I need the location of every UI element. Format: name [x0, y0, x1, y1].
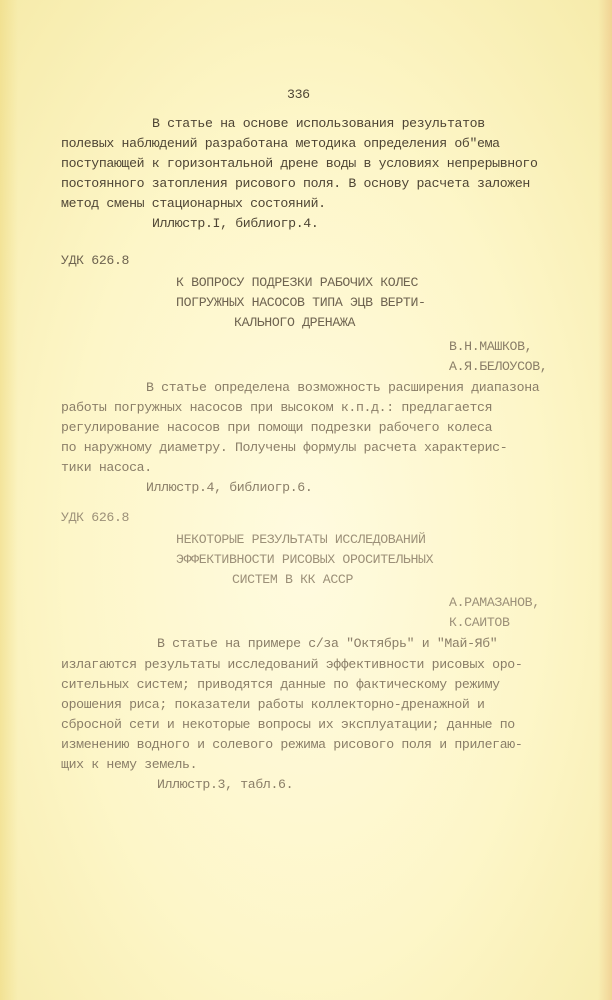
- abstract-line: изменению водного и солевого режима рисо…: [61, 737, 522, 753]
- abstract-1-line: полевых наблюдений разработана методика …: [61, 136, 500, 152]
- abstract-line: В статье определена возможность расширен…: [146, 380, 539, 396]
- article-title-line: СИСТЕМ В КК АССР: [232, 572, 353, 588]
- abstract-footnote: Иллюстр.3, табл.6.: [157, 777, 293, 793]
- author: А.Я.БЕЛОУСОВ,: [449, 359, 547, 375]
- author: А.РАМАЗАНОВ,: [449, 595, 540, 611]
- abstract-1-line: метод смены стационарных состояний.: [61, 196, 326, 212]
- page-number: 336: [287, 87, 310, 103]
- article-title-line: К ВОПРОСУ ПОДРЕЗКИ РАБОЧИХ КОЛЕС: [176, 275, 418, 291]
- abstract-line: сительных систем; приводятся данные по ф…: [61, 677, 500, 693]
- article-title-line: ПОГРУЖНЫХ НАСОСОВ ТИПА ЭЦВ ВЕРТИ-: [176, 295, 426, 311]
- abstract-line: по наружному диаметру. Получены формулы …: [61, 440, 507, 456]
- udk-code: УДК 626.8: [61, 253, 129, 269]
- article-title-line: ЭФФЕКТИВНОСТИ РИСОВЫХ ОРОСИТЕЛЬНЫХ: [176, 552, 433, 568]
- abstract-line: излагаются результаты исследований эффек…: [61, 657, 522, 673]
- abstract-line: орошения риса; показатели работы коллект…: [61, 697, 485, 713]
- paper-edge-left: [0, 0, 18, 1000]
- paper-edge-right: [598, 0, 612, 1000]
- abstract-1-line: постоянного затопления рисового поля. В …: [61, 176, 530, 192]
- abstract-line: В статье на примере с/за "Октябрь" и "Ма…: [157, 636, 497, 652]
- abstract-line: регулирование насосов при помощи подрезк…: [61, 420, 492, 436]
- abstract-1-line: В статье на основе использования результ…: [152, 116, 485, 132]
- author: К.САИТОВ: [449, 615, 510, 631]
- udk-code: УДК 626.8: [61, 510, 129, 526]
- article-title-line: НЕКОТОРЫЕ РЕЗУЛЬТАТЫ ИССЛЕДОВАНИЙ: [176, 532, 426, 548]
- abstract-line: щих к нему земель.: [61, 757, 197, 773]
- abstract-footnote: Иллюстр.4, библиогр.6.: [146, 480, 312, 496]
- abstract-line: сбросной сети и некоторые вопросы их экс…: [61, 717, 515, 733]
- abstract-1-line: поступающей к горизонтальной дрене воды …: [61, 156, 538, 172]
- abstract-1-footnote: Иллюстр.I, библиогр.4.: [152, 216, 318, 232]
- author: В.Н.МАШКОВ,: [449, 339, 532, 355]
- abstract-line: тики насоса.: [61, 460, 152, 476]
- article-title-line: КАЛЬНОГО ДРЕНАЖА: [234, 315, 355, 331]
- abstract-line: работы погружных насосов при высоком к.п…: [61, 400, 492, 416]
